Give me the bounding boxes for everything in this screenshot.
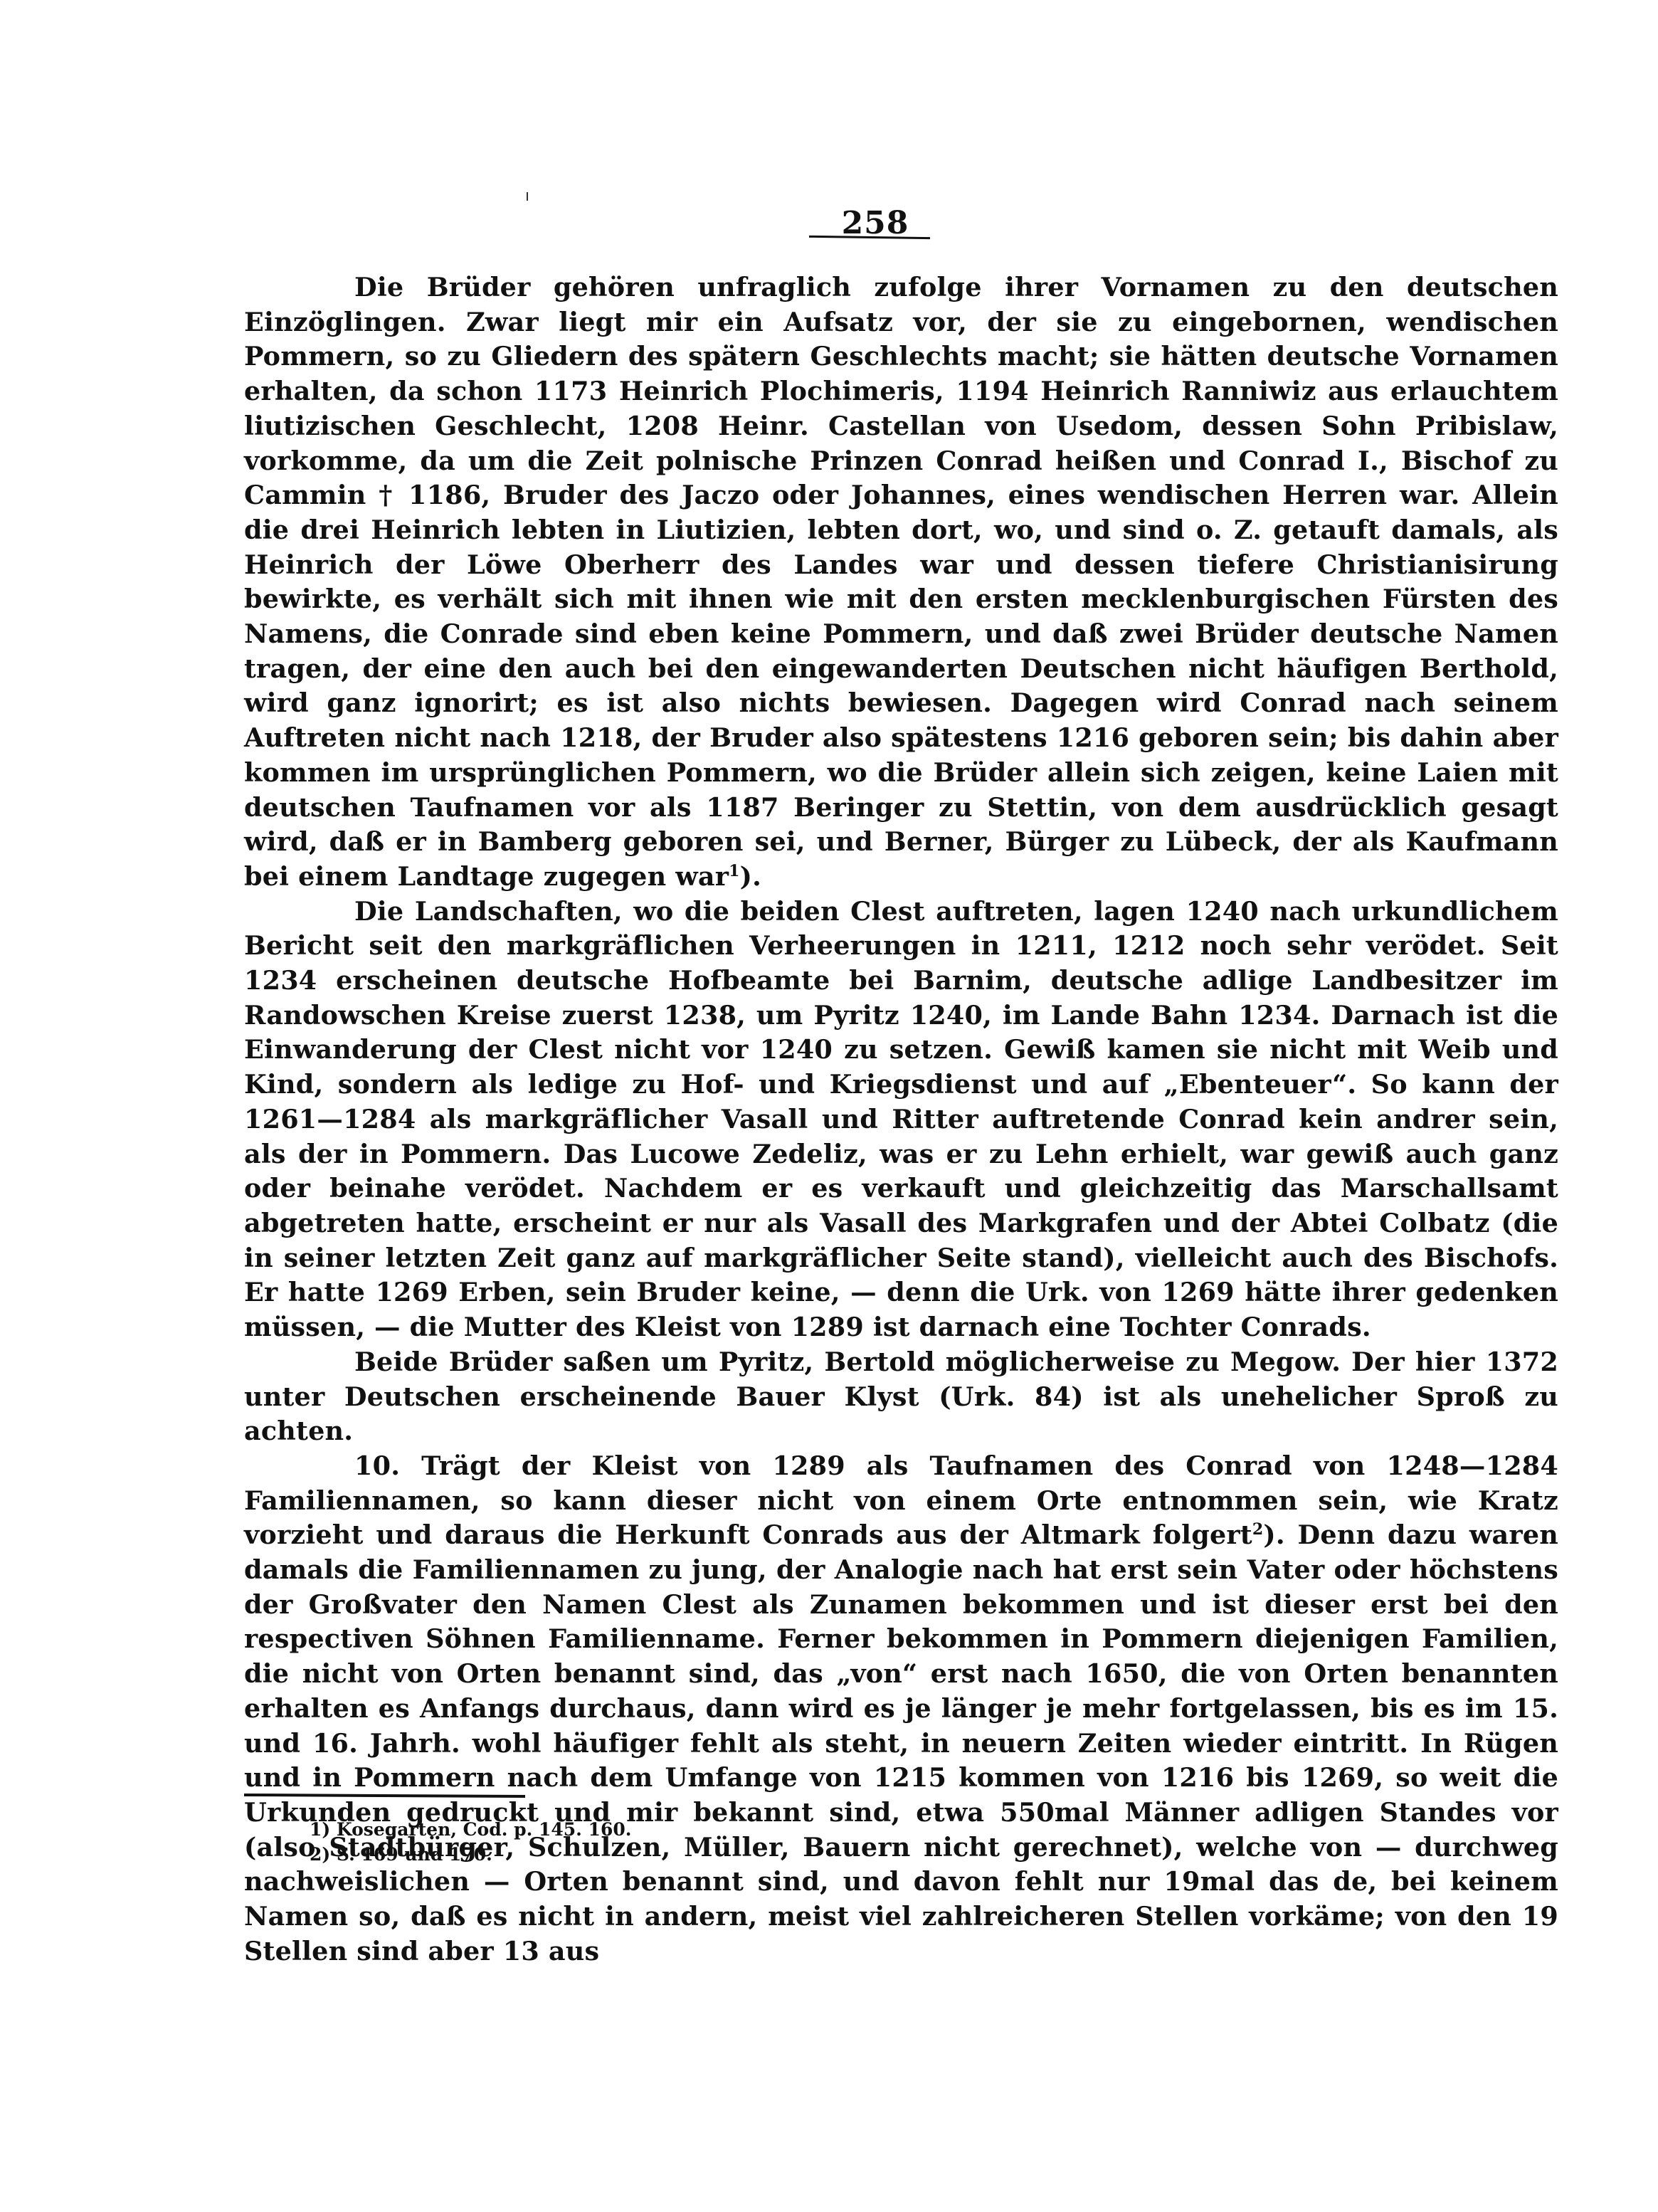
- paragraph-3: Beide Brüder saßen um Pyritz, Bertold mö…: [244, 1345, 1558, 1449]
- body-text: Die Brüder gehören unfraglich zufolge ih…: [244, 270, 1558, 1969]
- paragraph-text: Die Landschaften, wo die beiden Clest au…: [244, 896, 1558, 1342]
- scan-speck: [527, 192, 528, 201]
- paragraph-text: Die Brüder gehören unfraglich zufolge ih…: [244, 272, 1558, 892]
- paragraph-2: Die Landschaften, wo die beiden Clest au…: [244, 895, 1558, 1345]
- footnote-ref-2[interactable]: 2: [1252, 1520, 1264, 1539]
- paragraph-4-section-10: 10. Trägt der Kleist von 1289 als Taufna…: [244, 1449, 1558, 1969]
- paragraph-text: Beide Brüder saßen um Pyritz, Bertold mö…: [244, 1347, 1558, 1446]
- footnotes: 1) Kosegarten, Cod. p. 145. 160. 2) S. 1…: [310, 1817, 631, 1867]
- paragraph-tail: ).: [740, 861, 761, 892]
- paragraph-tail: ). Denn dazu waren damals die Familienna…: [244, 1520, 1558, 1966]
- footnote-ref-1[interactable]: 1: [729, 862, 740, 880]
- footnote-2: 2) S. 169 und 170.: [310, 1842, 631, 1867]
- document-page: 258 Die Brüder gehören unfraglich zufolg…: [0, 0, 1658, 2212]
- footnote-1: 1) Kosegarten, Cod. p. 145. 160.: [310, 1817, 631, 1842]
- paragraph-1: Die Brüder gehören unfraglich zufolge ih…: [244, 270, 1558, 895]
